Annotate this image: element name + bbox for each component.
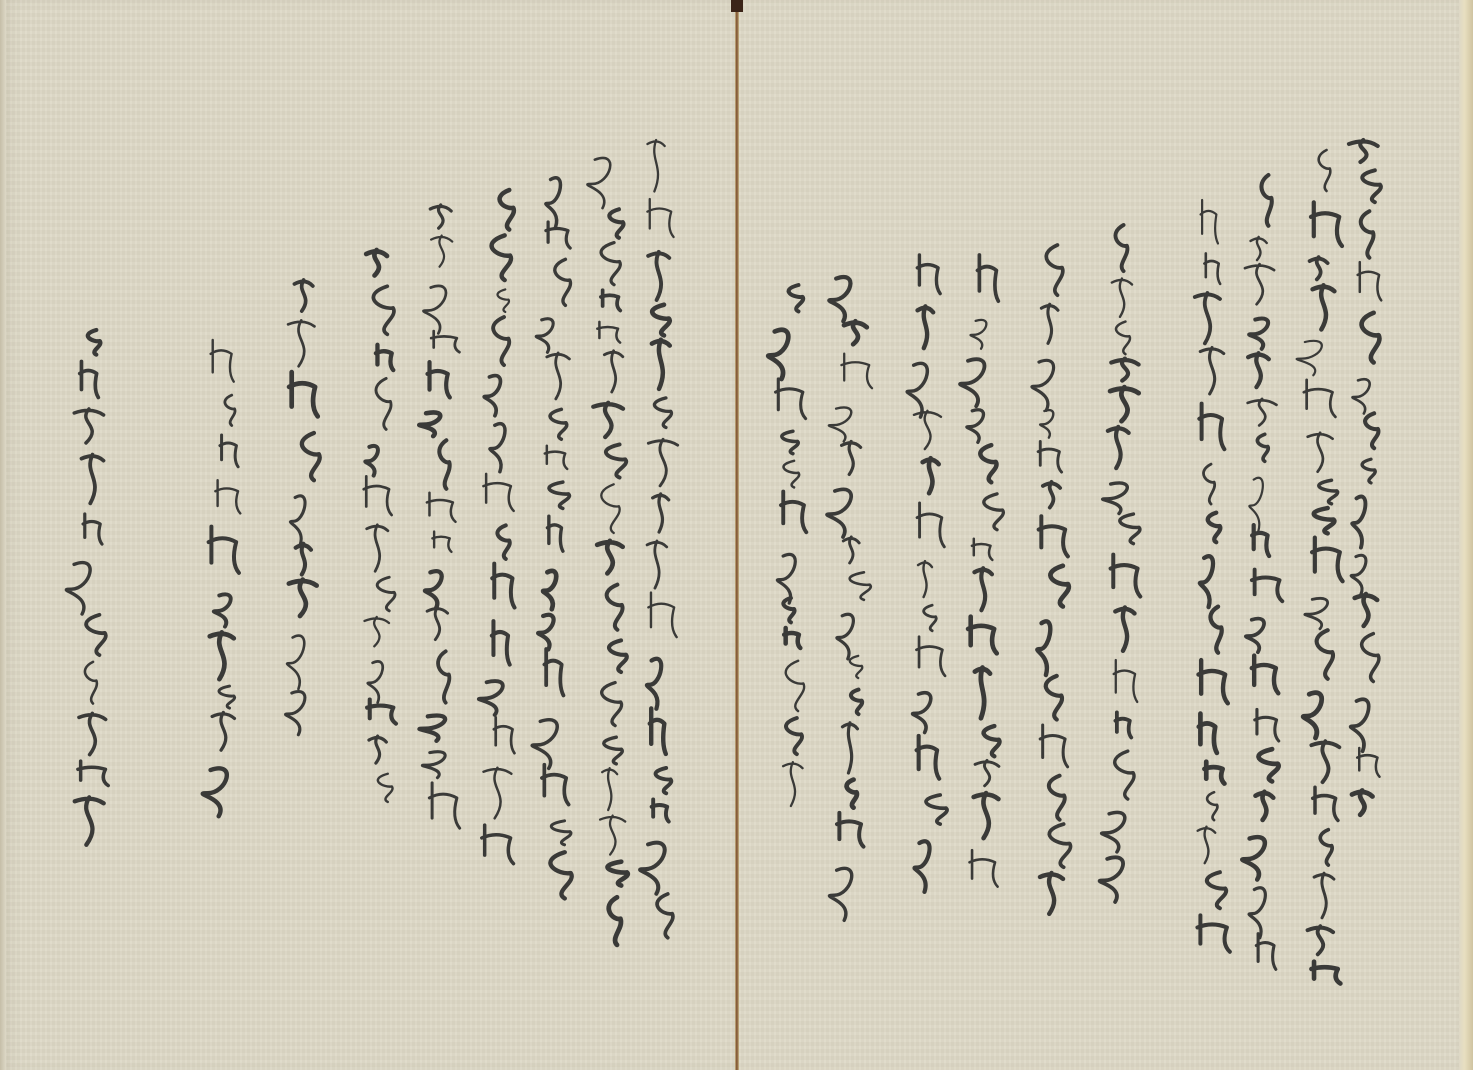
brush-character xyxy=(1200,556,1213,607)
brush-character xyxy=(648,252,669,300)
brush-character xyxy=(364,476,392,515)
brush-character xyxy=(1246,619,1264,653)
brush-character xyxy=(1038,441,1061,472)
brush-character xyxy=(1320,830,1332,865)
brush-character xyxy=(296,544,311,575)
left-page-column-6 xyxy=(364,250,396,802)
brush-character xyxy=(1207,872,1226,908)
brush-character xyxy=(1115,712,1131,737)
brush-character xyxy=(1037,621,1050,675)
brush-character xyxy=(923,458,939,493)
brush-character xyxy=(653,494,669,532)
right-page-column-7 xyxy=(960,255,1003,887)
brush-character xyxy=(601,484,619,533)
brush-character xyxy=(924,605,937,631)
brush-character xyxy=(1114,660,1138,702)
brush-character xyxy=(427,362,449,397)
brush-character xyxy=(287,636,304,689)
brush-character xyxy=(1311,741,1339,782)
brush-character xyxy=(1210,607,1221,653)
brush-character xyxy=(1313,285,1335,329)
brush-character xyxy=(1201,200,1218,243)
brush-character xyxy=(83,514,102,544)
brush-character xyxy=(1313,787,1338,820)
brush-character xyxy=(781,492,806,533)
brush-character xyxy=(1252,525,1269,556)
brush-character xyxy=(970,850,998,886)
brush-character xyxy=(1351,555,1366,594)
brush-character xyxy=(369,736,386,763)
brush-character xyxy=(843,537,859,563)
brush-character xyxy=(647,140,664,191)
brush-character xyxy=(657,894,673,938)
brush-character xyxy=(1352,497,1365,548)
brush-character xyxy=(547,353,570,399)
brush-character xyxy=(210,632,234,679)
brush-character xyxy=(1355,594,1378,626)
brush-character xyxy=(1361,211,1374,258)
brush-character xyxy=(609,897,621,945)
brush-character xyxy=(652,305,670,336)
brush-character xyxy=(829,277,850,321)
brush-character xyxy=(1314,873,1334,918)
brush-character xyxy=(783,762,802,806)
brush-character xyxy=(918,561,932,597)
brush-character xyxy=(419,716,445,741)
brush-character xyxy=(650,708,666,753)
brush-character xyxy=(647,541,667,588)
brush-character xyxy=(550,852,571,898)
brush-character xyxy=(367,525,388,571)
brush-character xyxy=(1317,630,1333,679)
brush-character xyxy=(1046,245,1063,295)
brush-character xyxy=(926,795,947,824)
brush-character xyxy=(1310,257,1328,279)
brush-character xyxy=(430,205,451,228)
brush-character xyxy=(1304,380,1336,417)
brush-character xyxy=(1199,714,1217,753)
brush-character xyxy=(376,345,393,370)
brush-character xyxy=(602,768,617,810)
brush-character xyxy=(211,340,234,382)
brush-character xyxy=(1319,480,1338,504)
brush-character xyxy=(88,330,101,355)
brush-character xyxy=(652,799,669,821)
brush-character xyxy=(782,431,798,453)
right-page-column-1 xyxy=(1349,140,1381,815)
brush-character xyxy=(203,768,227,816)
brush-character xyxy=(1198,660,1227,703)
brush-character xyxy=(215,480,240,513)
brush-character xyxy=(1245,264,1274,304)
brush-character xyxy=(555,259,571,305)
left-page-column-9 xyxy=(66,330,108,845)
brush-character xyxy=(1195,293,1220,343)
brush-character xyxy=(837,813,863,847)
brush-character xyxy=(974,568,992,610)
brush-character xyxy=(75,797,104,844)
brush-character xyxy=(609,209,623,238)
left-page-column-4 xyxy=(479,190,515,864)
brush-character xyxy=(604,351,622,392)
brush-character xyxy=(777,554,795,603)
brush-character xyxy=(492,564,514,608)
brush-character xyxy=(1297,341,1322,375)
brush-character xyxy=(837,614,853,659)
brush-character xyxy=(850,656,863,678)
brush-character xyxy=(1049,824,1070,867)
brush-character xyxy=(1351,699,1369,751)
brush-character xyxy=(423,286,446,333)
brush-character xyxy=(1043,482,1060,508)
brush-character xyxy=(1115,607,1134,650)
brush-character xyxy=(294,280,312,311)
brush-character xyxy=(1204,762,1224,784)
brush-character xyxy=(1358,262,1382,300)
brush-character xyxy=(1115,751,1134,799)
brush-character xyxy=(1115,225,1127,271)
brush-character xyxy=(1312,538,1343,582)
brush-character xyxy=(532,720,557,769)
brush-character xyxy=(376,378,391,429)
brush-character xyxy=(1252,570,1282,602)
left-page-column-1 xyxy=(640,140,678,938)
brush-character xyxy=(484,768,512,819)
brush-character xyxy=(1249,478,1263,532)
brush-character xyxy=(490,424,505,472)
brush-character xyxy=(1362,634,1379,682)
brush-character xyxy=(377,577,395,611)
brush-character xyxy=(984,726,1000,756)
brush-character xyxy=(1111,555,1141,597)
right-page-column-6 xyxy=(1032,245,1071,914)
brush-character xyxy=(827,489,851,537)
brush-character xyxy=(647,199,673,237)
left-page-column-5 xyxy=(419,205,459,828)
brush-character xyxy=(220,435,238,467)
brush-character xyxy=(551,821,571,845)
brush-character xyxy=(1103,483,1128,514)
brush-character xyxy=(482,825,514,863)
brush-character xyxy=(1046,676,1062,720)
right-page-column-5 xyxy=(1100,225,1141,902)
brush-character xyxy=(1308,926,1334,954)
brush-character xyxy=(549,482,569,508)
brush-character xyxy=(66,563,90,614)
brush-character xyxy=(425,571,442,608)
brush-character xyxy=(1352,379,1369,413)
brush-character xyxy=(1207,792,1217,820)
brush-character xyxy=(1199,404,1224,450)
brush-character xyxy=(609,640,627,672)
brush-character xyxy=(1362,170,1381,202)
right-page-column-9 xyxy=(827,277,872,920)
book-spread: Handwritten Japanese book spread (cursiv… xyxy=(0,0,1473,1070)
brush-character xyxy=(366,250,387,275)
brush-character xyxy=(1311,202,1342,246)
right-page-column-4 xyxy=(1195,200,1230,952)
brush-character xyxy=(607,585,623,630)
brush-character xyxy=(1259,749,1279,781)
brush-character xyxy=(365,446,378,476)
brush-character xyxy=(918,306,934,348)
brush-character xyxy=(851,690,862,715)
brush-character xyxy=(494,717,515,753)
brush-character xyxy=(1249,888,1265,938)
brush-character xyxy=(1242,837,1265,880)
brush-character xyxy=(776,379,806,419)
brush-character xyxy=(829,868,851,920)
brush-character xyxy=(1255,709,1279,741)
brush-character xyxy=(1200,348,1223,394)
brush-character xyxy=(1204,253,1220,284)
brush-character xyxy=(1349,140,1378,162)
brush-character xyxy=(789,285,804,311)
brush-character xyxy=(427,607,447,639)
brush-character xyxy=(1255,792,1273,820)
brush-character xyxy=(1248,353,1269,387)
brush-character xyxy=(608,862,628,886)
brush-character xyxy=(544,649,563,695)
brush-character xyxy=(365,617,389,646)
brush-character xyxy=(1362,313,1380,363)
brush-character xyxy=(78,761,108,785)
brush-character xyxy=(975,668,990,719)
right-page-column-8 xyxy=(907,255,947,892)
brush-character xyxy=(1040,873,1063,914)
brush-character xyxy=(1261,175,1271,226)
brush-character xyxy=(543,571,556,609)
brush-character xyxy=(288,320,314,366)
brush-character xyxy=(547,516,562,551)
brush-character xyxy=(212,712,234,750)
brush-character xyxy=(1314,508,1335,533)
brush-character xyxy=(980,445,996,482)
brush-character xyxy=(977,255,998,301)
brush-character xyxy=(419,412,440,436)
brush-character xyxy=(1049,776,1065,820)
brush-character xyxy=(601,243,620,285)
brush-character xyxy=(915,841,930,892)
brush-character xyxy=(225,395,235,425)
brush-character xyxy=(654,398,671,428)
brush-character xyxy=(1256,934,1275,970)
brush-character xyxy=(970,320,986,349)
brush-character xyxy=(368,661,383,702)
brush-character xyxy=(916,637,945,676)
brush-character xyxy=(546,222,570,248)
brush-character xyxy=(479,681,503,715)
brush-character xyxy=(431,236,452,267)
brush-character xyxy=(1040,410,1053,438)
brush-character xyxy=(1100,857,1123,902)
brush-character xyxy=(497,525,509,559)
right-page-column-3 xyxy=(1242,175,1282,969)
brush-character xyxy=(427,493,456,522)
brush-character xyxy=(829,407,851,441)
brush-character xyxy=(1111,359,1138,381)
brush-character xyxy=(783,461,799,488)
brush-character xyxy=(1116,322,1130,355)
brush-character xyxy=(1039,516,1068,556)
brush-character xyxy=(850,572,871,600)
brush-character xyxy=(80,361,99,397)
brush-character xyxy=(593,403,623,437)
brush-character xyxy=(542,765,569,805)
brush-character xyxy=(784,628,800,648)
brush-character xyxy=(432,532,451,552)
brush-character xyxy=(1120,514,1140,544)
brush-character xyxy=(367,700,396,724)
brush-character xyxy=(209,527,239,573)
brush-character xyxy=(917,736,940,779)
brush-character xyxy=(604,737,622,764)
handwritten-text-columns xyxy=(0,0,1473,1070)
brush-character xyxy=(640,843,665,894)
brush-character xyxy=(431,331,459,352)
brush-character xyxy=(1357,748,1379,777)
brush-character xyxy=(373,286,394,334)
brush-character xyxy=(974,793,999,838)
brush-character xyxy=(1198,827,1216,863)
brush-character xyxy=(500,190,514,230)
brush-character xyxy=(1197,915,1229,951)
brush-character xyxy=(1248,399,1277,426)
brush-character xyxy=(1352,790,1373,814)
brush-character xyxy=(290,496,305,545)
brush-character xyxy=(1112,279,1132,317)
brush-character xyxy=(492,621,510,665)
brush-character xyxy=(967,410,984,443)
left-page-column-3 xyxy=(532,178,572,899)
brush-character xyxy=(786,718,802,754)
brush-character xyxy=(960,359,984,406)
brush-character xyxy=(422,752,445,778)
brush-character xyxy=(546,178,561,227)
brush-character xyxy=(498,289,509,312)
left-page-column-8 xyxy=(203,340,241,816)
brush-character xyxy=(214,594,231,626)
brush-character xyxy=(1208,513,1221,543)
brush-character xyxy=(907,363,927,417)
brush-character xyxy=(492,235,511,280)
brush-character xyxy=(1251,237,1267,260)
brush-character xyxy=(289,372,318,416)
brush-character xyxy=(768,330,788,379)
right-page-column-2 xyxy=(1297,150,1343,984)
brush-character xyxy=(1032,360,1054,410)
brush-character xyxy=(1362,459,1375,483)
brush-character xyxy=(972,539,992,560)
brush-character xyxy=(82,455,104,504)
right-page-column-10 xyxy=(768,285,806,806)
brush-character xyxy=(656,768,672,793)
brush-character xyxy=(1308,433,1333,472)
brush-character xyxy=(79,713,106,754)
brush-character xyxy=(536,319,553,353)
brush-character xyxy=(597,322,620,343)
brush-character xyxy=(545,446,567,469)
brush-character xyxy=(975,760,999,785)
brush-character xyxy=(289,580,317,616)
brush-character xyxy=(844,321,867,344)
brush-character xyxy=(847,780,857,808)
left-page-column-2 xyxy=(587,158,627,945)
brush-character xyxy=(984,494,1004,530)
brush-character xyxy=(483,474,513,511)
brush-character xyxy=(1204,464,1215,504)
brush-character xyxy=(842,723,857,773)
brush-character xyxy=(429,783,459,828)
brush-character xyxy=(842,441,861,474)
brush-character xyxy=(438,651,449,702)
brush-character xyxy=(587,158,610,208)
brush-character xyxy=(841,354,872,389)
brush-character xyxy=(597,541,623,574)
brush-character xyxy=(600,816,625,855)
brush-character xyxy=(1050,566,1068,607)
brush-character xyxy=(1110,387,1139,421)
brush-character xyxy=(86,615,106,655)
brush-character xyxy=(1311,962,1340,984)
brush-character xyxy=(286,692,305,735)
brush-character xyxy=(1319,150,1331,191)
brush-character xyxy=(484,376,500,416)
brush-character xyxy=(74,409,103,443)
brush-character xyxy=(917,255,940,294)
brush-character xyxy=(648,593,676,638)
brush-character xyxy=(1041,304,1058,343)
brush-character xyxy=(602,683,622,726)
brush-character xyxy=(1252,656,1279,694)
brush-character xyxy=(1108,427,1129,468)
brush-character xyxy=(647,659,661,709)
brush-character xyxy=(493,317,509,365)
brush-character xyxy=(378,774,393,802)
brush-character xyxy=(439,440,449,489)
brush-character xyxy=(1305,598,1328,629)
brush-character xyxy=(968,617,997,654)
brush-character xyxy=(1249,318,1268,348)
brush-character xyxy=(606,444,626,477)
brush-character xyxy=(1040,725,1067,767)
brush-character xyxy=(1303,693,1321,738)
brush-character xyxy=(1257,434,1268,461)
brush-character xyxy=(1365,413,1378,448)
left-page-column-7 xyxy=(286,280,320,735)
brush-character xyxy=(917,503,944,547)
brush-character xyxy=(652,340,670,389)
brush-character xyxy=(913,693,931,733)
brush-character xyxy=(219,686,235,708)
brush-character xyxy=(914,411,941,449)
brush-character xyxy=(1102,812,1125,852)
brush-character xyxy=(601,290,620,310)
brush-character xyxy=(786,661,804,711)
brush-character xyxy=(538,615,553,650)
brush-character xyxy=(85,662,97,704)
brush-character xyxy=(302,433,320,480)
brush-character xyxy=(648,439,677,486)
brush-character xyxy=(550,409,567,439)
